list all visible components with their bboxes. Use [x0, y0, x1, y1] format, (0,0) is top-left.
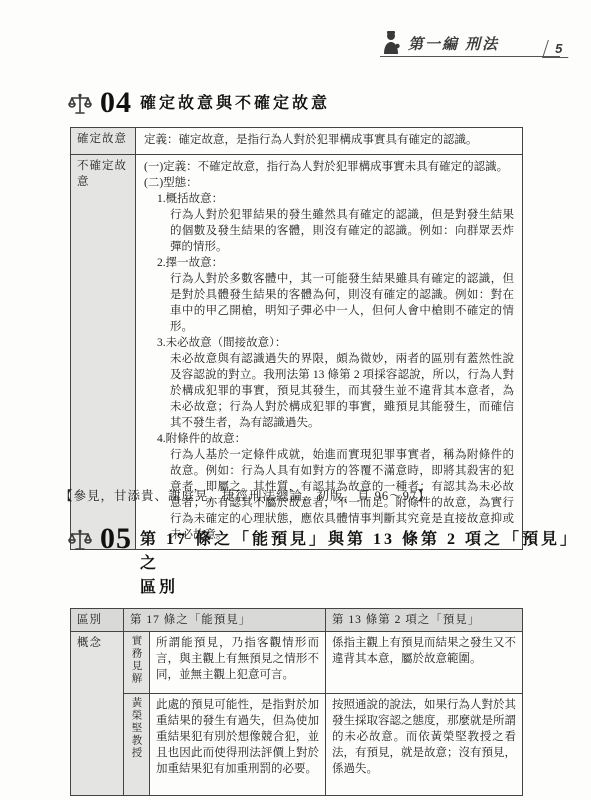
type-1-heading: 1.概括故意：	[144, 191, 514, 207]
section-05-heading: 05 第 17 條之「能預見」與第 13 條第 2 項之「預見」之 區別	[68, 524, 591, 600]
practice-view-article13: 係指主觀上有預見而結果之發生又不違背其本意，屬於故意範圍。	[326, 632, 523, 694]
table-header-row: 區別 第 17 條之「能預見」 第 13 條第 2 項之「預見」	[71, 609, 523, 632]
type-3-body: 未必故意與有認識過失的界限，頗為微妙，兩者的區別有蓋然性說及容認說的對立。我刑法…	[144, 351, 514, 431]
foresee-comparison-table: 區別 第 17 條之「能預見」 第 13 條第 2 項之「預見」 概念 實務見解…	[70, 608, 523, 796]
section-title-line2: 區別	[140, 576, 591, 600]
type-3-heading: 3.未必故意（間接故意）：	[144, 335, 514, 351]
types-heading: (二)型態：	[144, 175, 514, 191]
page-number: 5	[542, 40, 574, 58]
professor-huang-article13: 按照通說的說法，如果行為人對於其發生採取容認之態度，那麼就是所謂的未必故意。而依…	[326, 694, 523, 796]
sublabel-practice-view: 實務見解	[124, 632, 150, 694]
row-label-concept: 概念	[71, 632, 124, 796]
section-title: 確定故意與不確定故意	[140, 92, 330, 116]
header-article13: 第 13 條第 2 項之「預見」	[326, 609, 523, 632]
type-4-heading: 4.附條件的故意：	[144, 431, 514, 447]
section-title-line1: 第 17 條之「能預見」與第 13 條第 2 項之「預見」之	[140, 528, 591, 576]
section-04-heading: 04 確定故意與不確定故意	[68, 88, 330, 118]
row-label-definite-intent: 確定故意	[71, 128, 136, 155]
table-row-professor-huang: 黃榮堅教授 此處的預見可能性，是指對於加重結果的發生有過失，但為使加重結果犯有別…	[71, 694, 523, 796]
type-1-body: 行為人對於犯罪結果的發生雖然具有確定的認識，但是對發生結果的個數及發生結果的客體…	[144, 207, 514, 255]
running-head: 第一編 刑法	[380, 30, 560, 57]
professor-huang-article17: 此處的預見可能性，是指對於加重結果的發生有過失，但為使加重結果犯有別於想像競合犯…	[150, 694, 326, 796]
header-article17: 第 17 條之「能預見」	[124, 609, 326, 632]
type-2-heading: 2.擇一故意：	[144, 255, 514, 271]
header-distinction: 區別	[71, 609, 124, 632]
practice-view-article17: 所謂能預見，乃指客觀情形而言，與主觀上有無預見之情形不同，並無主觀上犯意可言。	[150, 632, 326, 694]
definition-line: (一)定義：不確定故意，指行為人對於犯罪構成事實未具有確定的認識。	[144, 159, 514, 175]
section-number: 04	[100, 88, 132, 118]
table-row: 確定故意 定義：確定故意，是指行為人對於犯罪構成事實具有確定的認識。	[71, 128, 523, 155]
sublabel-professor-huang: 黃榮堅教授	[124, 694, 150, 796]
definite-intent-definition: 定義：確定故意，是指行為人對於犯罪構成事實具有確定的認識。	[136, 128, 523, 155]
table-row-practice-view: 概念 實務見解 所謂能預見，乃指客觀情形而言，與主觀上有無預見之情形不同，並無主…	[71, 632, 523, 694]
officer-icon	[380, 30, 402, 54]
running-head-title: 第一編 刑法	[408, 33, 499, 54]
citation: 【參見，甘添貴、謝庭晃，捷徑刑法總論，初版，頁 96～97】	[60, 486, 530, 504]
book-page: 第一編 刑法 5 04 確定故意與不確定故意 確定故意 定義：確定故意，是指行為…	[0, 0, 591, 800]
scales-icon	[68, 528, 92, 552]
section-title: 第 17 條之「能預見」與第 13 條第 2 項之「預見」之 區別	[140, 528, 591, 600]
type-2-body: 行為人對於多數客體中，其一可能發生結果雖具有確定的認識，但是對於具體發生結果的客…	[144, 271, 514, 335]
scales-icon	[68, 92, 92, 116]
section-number: 05	[100, 524, 132, 554]
